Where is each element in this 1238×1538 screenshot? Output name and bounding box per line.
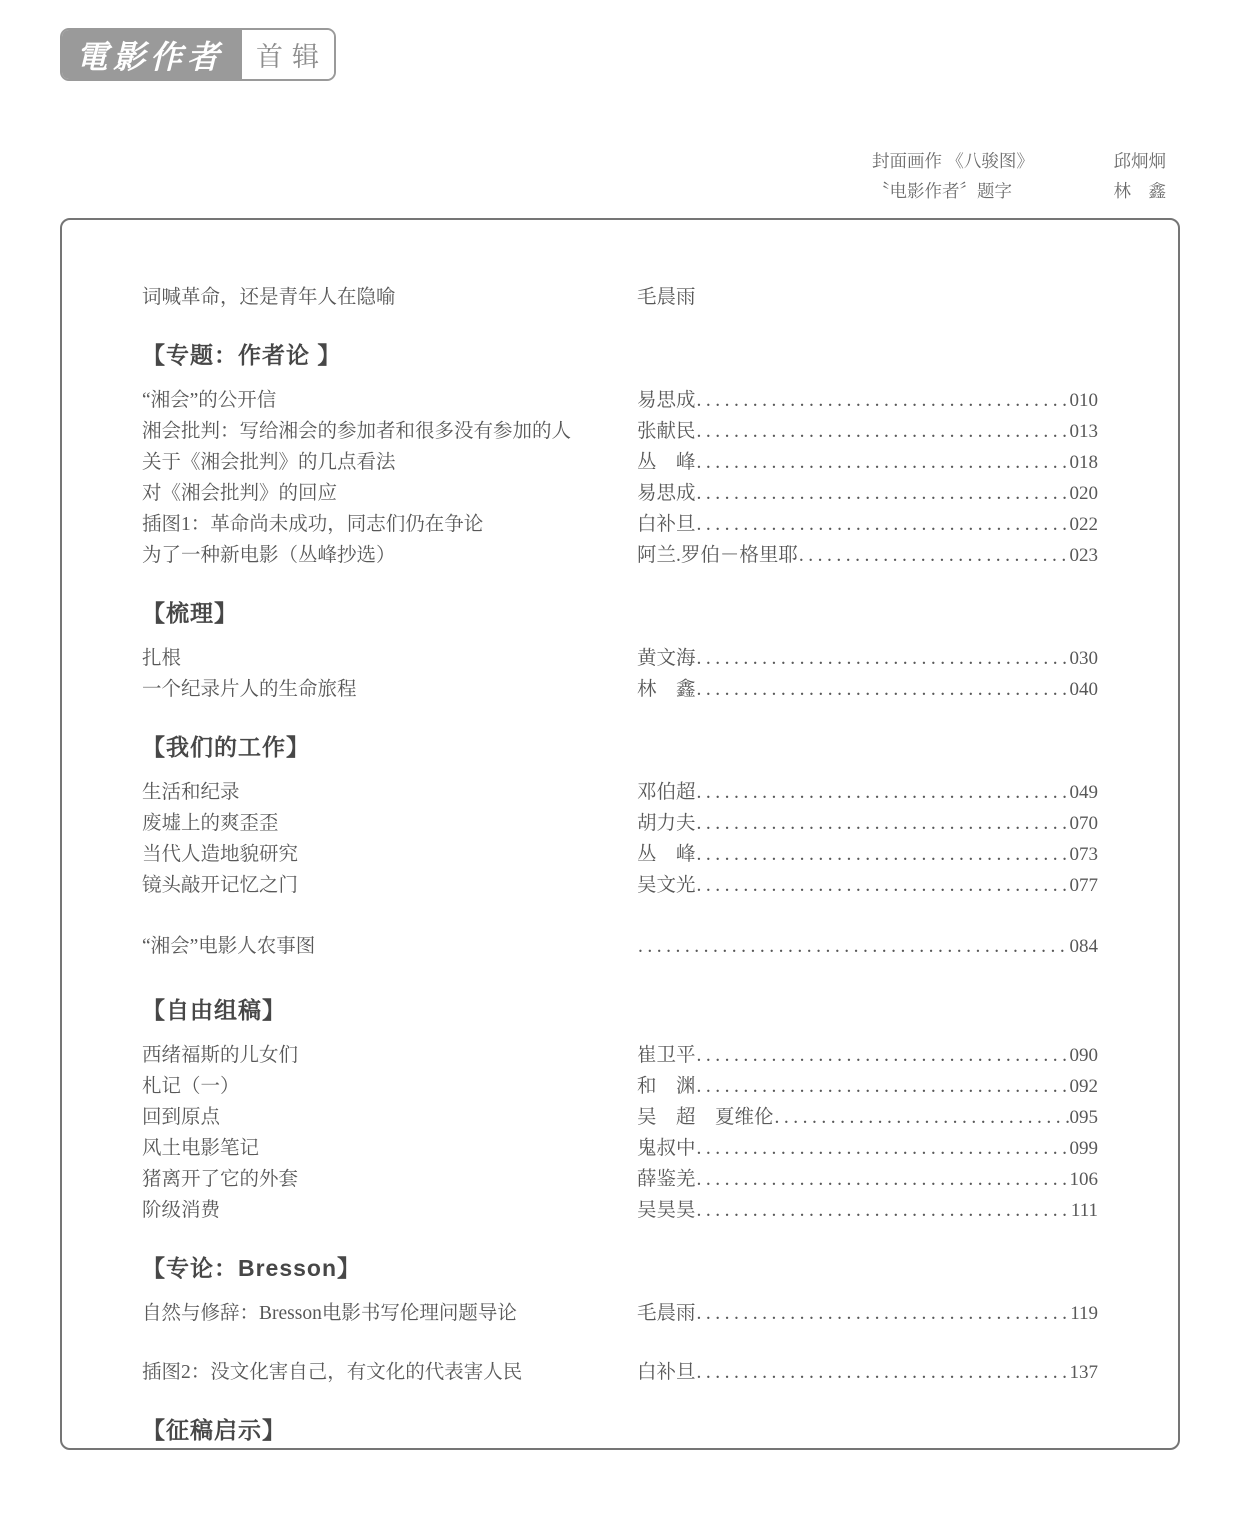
credit-name: 邱炯炯 <box>1114 146 1167 176</box>
toc-entry: 自然与修辞：Bresson电影书写伦理问题导论 毛晨雨.............… <box>142 1298 1098 1329</box>
entry-page: 018 <box>1070 447 1099 478</box>
entry-author: 白补旦 <box>637 1357 696 1388</box>
entry-page: 010 <box>1070 385 1099 416</box>
entry-author: 黄文海 <box>637 643 696 674</box>
dot-leader: ........................................… <box>696 509 1070 540</box>
dot-leader: ........................................… <box>696 478 1070 509</box>
entry-author: 吴 超 夏维伦 <box>637 1102 774 1133</box>
entry-title: 废墟上的爽歪歪 <box>142 808 637 839</box>
toc-entry: 生活和纪录 邓伯超...............................… <box>142 777 1098 808</box>
entry-title: 西绪福斯的儿女们 <box>142 1040 637 1071</box>
dot-leader: ........................................… <box>696 1133 1070 1164</box>
logo-brand-text: 電影作者 <box>62 30 240 79</box>
entry-page: 106 <box>1070 1164 1099 1195</box>
toc-entry: 插图1：革命尚未成功，同志们仍在争论 白补旦..................… <box>142 509 1098 540</box>
toc-entry: 湘会批判：写给湘会的参加者和很多没有参加的人 张献民..............… <box>142 416 1098 447</box>
entry-author: 丛 峰 <box>637 447 696 478</box>
entry-page: 013 <box>1070 416 1099 447</box>
toc-entry: 对《湘会批判》的回应 易思成..........................… <box>142 478 1098 509</box>
entry-title: 阶级消费 <box>142 1195 637 1226</box>
section-header: 【我们的工作】 <box>142 729 1098 765</box>
entry-page: 023 <box>1070 540 1099 571</box>
entry-title: 一个纪录片人的生命旅程 <box>142 674 637 705</box>
cover-credits: 封面画作 《八骏图》 邱炯炯 〝电影作者〞题字 林 鑫 <box>872 146 1166 206</box>
entry-page: 073 <box>1070 839 1099 870</box>
entry-page: 077 <box>1070 870 1099 901</box>
entry-title: 自然与修辞：Bresson电影书写伦理问题导论 <box>142 1298 637 1329</box>
credit-label: 〝电影作者〞题字 <box>872 176 1012 206</box>
entry-page: 095 <box>1070 1102 1099 1133</box>
toc-entry: 西绪福斯的儿女们 崔卫平............................… <box>142 1040 1098 1071</box>
toc-entry: “湘会”的公开信 易思成............................… <box>142 385 1098 416</box>
entry-author: 毛晨雨 <box>637 1298 696 1329</box>
entry-author: 丛 峰 <box>637 839 696 870</box>
dot-leader: ........................................… <box>696 447 1070 478</box>
logo-edition-badge: 首辑 <box>240 30 334 79</box>
dot-leader: ........................................… <box>696 777 1070 808</box>
entry-title: 回到原点 <box>142 1102 637 1133</box>
entry-page: 022 <box>1070 509 1099 540</box>
entry-page: 084 <box>1070 931 1099 962</box>
dot-leader: ........................................… <box>696 1298 1071 1329</box>
entry-title: 为了一种新电影（丛峰抄选） <box>142 540 637 571</box>
dot-leader: ........................................… <box>696 1357 1070 1388</box>
magazine-logo: 電影作者 首辑 <box>60 28 336 81</box>
toc-entry: 为了一种新电影（丛峰抄选） 阿兰.罗伯－格里耶.................… <box>142 540 1098 571</box>
entry-author: 毛晨雨 <box>637 282 696 313</box>
credit-line-calligraphy: 〝电影作者〞题字 林 鑫 <box>872 176 1166 206</box>
toc-entry: 插图2：没文化害自己，有文化的代表害人民 白补旦................… <box>142 1357 1098 1388</box>
entry-author: 吴昊昊 <box>637 1195 696 1226</box>
entry-author: 崔卫平 <box>637 1040 696 1071</box>
entry-page: 020 <box>1070 478 1099 509</box>
entry-page: 119 <box>1070 1298 1098 1329</box>
toc-box: 词喊革命，还是青年人在隐喻 毛晨雨 【专题：作者论 】 “湘会”的公开信 易思成… <box>60 218 1180 1450</box>
entry-page: 111 <box>1071 1195 1098 1226</box>
entry-page: 070 <box>1070 808 1099 839</box>
entry-title: 关于《湘会批判》的几点看法 <box>142 447 637 478</box>
credit-label: 封面画作 《八骏图》 <box>872 146 1034 176</box>
dot-leader: ........................................… <box>798 540 1070 571</box>
toc-entry: 镜头敲开记忆之门 吴文光............................… <box>142 870 1098 901</box>
entry-title: 插图2：没文化害自己，有文化的代表害人民 <box>142 1357 637 1388</box>
toc-entry: 札记（一） 和 渊...............................… <box>142 1071 1098 1102</box>
toc-entry: 一个纪录片人的生命旅程 林 鑫.........................… <box>142 674 1098 705</box>
toc-entry: 猪离开了它的外套 薛鉴羌............................… <box>142 1164 1098 1195</box>
toc-entry: 阶级消费 吴昊昊................................… <box>142 1195 1098 1226</box>
entry-author: 吴文光 <box>637 870 696 901</box>
entry-title: 扎根 <box>142 643 637 674</box>
entry-title: 生活和纪录 <box>142 777 637 808</box>
entry-author: 和 渊 <box>637 1071 696 1102</box>
entry-title: 镜头敲开记忆之门 <box>142 870 637 901</box>
entry-page: 137 <box>1070 1357 1099 1388</box>
entry-author: 易思成 <box>637 385 696 416</box>
entry-title: 词喊革命，还是青年人在隐喻 <box>142 282 637 313</box>
entry-title: “湘会”的公开信 <box>142 385 637 416</box>
dot-leader: ........................................… <box>774 1102 1070 1133</box>
credit-name: 林 鑫 <box>1114 176 1167 206</box>
credit-line-cover-art: 封面画作 《八骏图》 邱炯炯 <box>872 146 1166 176</box>
dot-leader: ........................................… <box>696 870 1070 901</box>
toc-entry: 废墟上的爽歪歪 胡力夫.............................… <box>142 808 1098 839</box>
section-header: 【专论：Bresson】 <box>142 1250 1098 1286</box>
entry-title: 插图1：革命尚未成功，同志们仍在争论 <box>142 509 637 540</box>
entry-title: 风土电影笔记 <box>142 1133 637 1164</box>
dot-leader: ........................................… <box>696 416 1070 447</box>
toc-entry: “湘会”电影人农事图 .............................… <box>142 931 1098 962</box>
toc-entry: 关于《湘会批判》的几点看法 丛 峰.......................… <box>142 447 1098 478</box>
entry-author: 白补旦 <box>637 509 696 540</box>
entry-page: 099 <box>1070 1133 1099 1164</box>
dot-leader: ........................................… <box>696 1071 1070 1102</box>
entry-author: 易思成 <box>637 478 696 509</box>
dot-leader: ........................................… <box>696 643 1070 674</box>
section-header: 【专题：作者论 】 <box>142 337 1098 373</box>
entry-author: 张献民 <box>637 416 696 447</box>
toc-entry: 回到原点 吴 超 夏维伦............................… <box>142 1102 1098 1133</box>
toc-entry: 扎根 黄文海..................................… <box>142 643 1098 674</box>
entry-page: 092 <box>1070 1071 1099 1102</box>
entry-title: 猪离开了它的外套 <box>142 1164 637 1195</box>
entry-page: 030 <box>1070 643 1099 674</box>
dot-leader: ........................................… <box>696 385 1070 416</box>
entry-author: 薛鉴羌 <box>637 1164 696 1195</box>
dot-leader: ........................................… <box>637 931 1070 962</box>
toc-entry: 风土电影笔记 鬼叔中..............................… <box>142 1133 1098 1164</box>
dot-leader: ........................................… <box>696 808 1070 839</box>
entry-author: 邓伯超 <box>637 777 696 808</box>
toc-entry: 当代人造地貌研究 丛 峰............................… <box>142 839 1098 870</box>
entry-author: 胡力夫 <box>637 808 696 839</box>
entry-title: “湘会”电影人农事图 <box>142 931 637 962</box>
section-header: 【自由组稿】 <box>142 992 1098 1028</box>
dot-leader: ........................................… <box>696 674 1070 705</box>
toc-entry: 词喊革命，还是青年人在隐喻 毛晨雨 <box>142 282 1098 313</box>
entry-title: 札记（一） <box>142 1071 637 1102</box>
entry-title: 对《湘会批判》的回应 <box>142 478 637 509</box>
section-header: 【征稿启示】 <box>142 1412 1098 1448</box>
dot-leader: ........................................… <box>696 1195 1071 1226</box>
dot-leader: ........................................… <box>696 1040 1070 1071</box>
entry-author: 林 鑫 <box>637 674 696 705</box>
entry-page: 090 <box>1070 1040 1099 1071</box>
entry-author: 阿兰.罗伯－格里耶 <box>637 540 798 571</box>
dot-leader: ........................................… <box>696 1164 1070 1195</box>
entry-author: 鬼叔中 <box>637 1133 696 1164</box>
entry-page: 040 <box>1070 674 1099 705</box>
entry-page: 049 <box>1070 777 1099 808</box>
entry-title: 湘会批判：写给湘会的参加者和很多没有参加的人 <box>142 416 637 447</box>
dot-leader: ........................................… <box>696 839 1070 870</box>
entry-title: 当代人造地貌研究 <box>142 839 637 870</box>
section-header: 【梳理】 <box>142 595 1098 631</box>
